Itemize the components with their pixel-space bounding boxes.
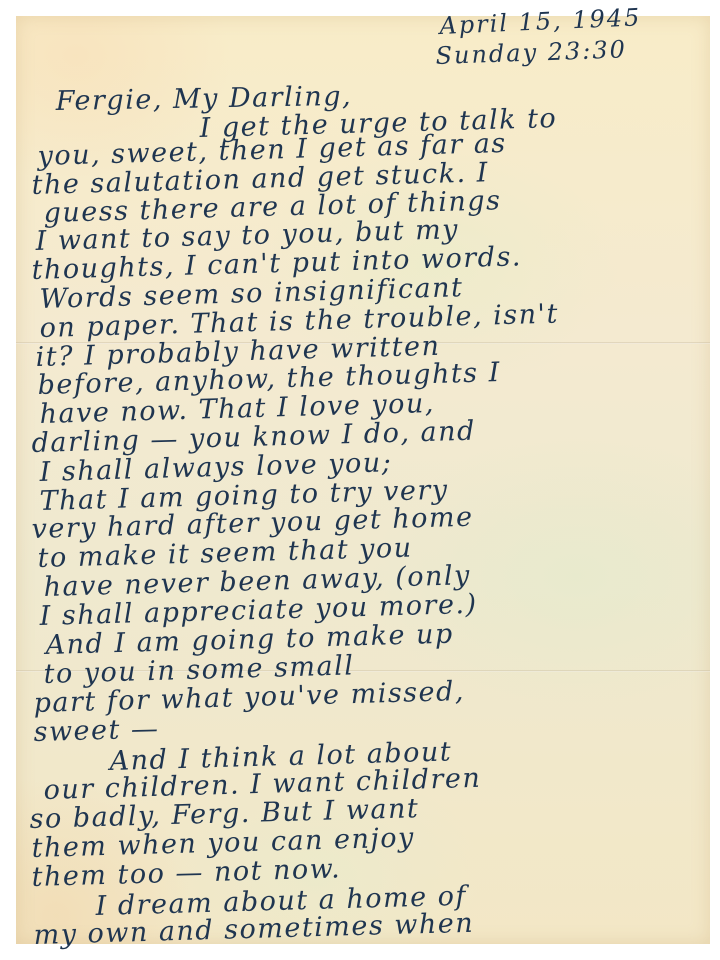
letter-line: sweet — [33, 715, 160, 746]
letter-day-time: Sunday 23:30 [435, 37, 627, 68]
